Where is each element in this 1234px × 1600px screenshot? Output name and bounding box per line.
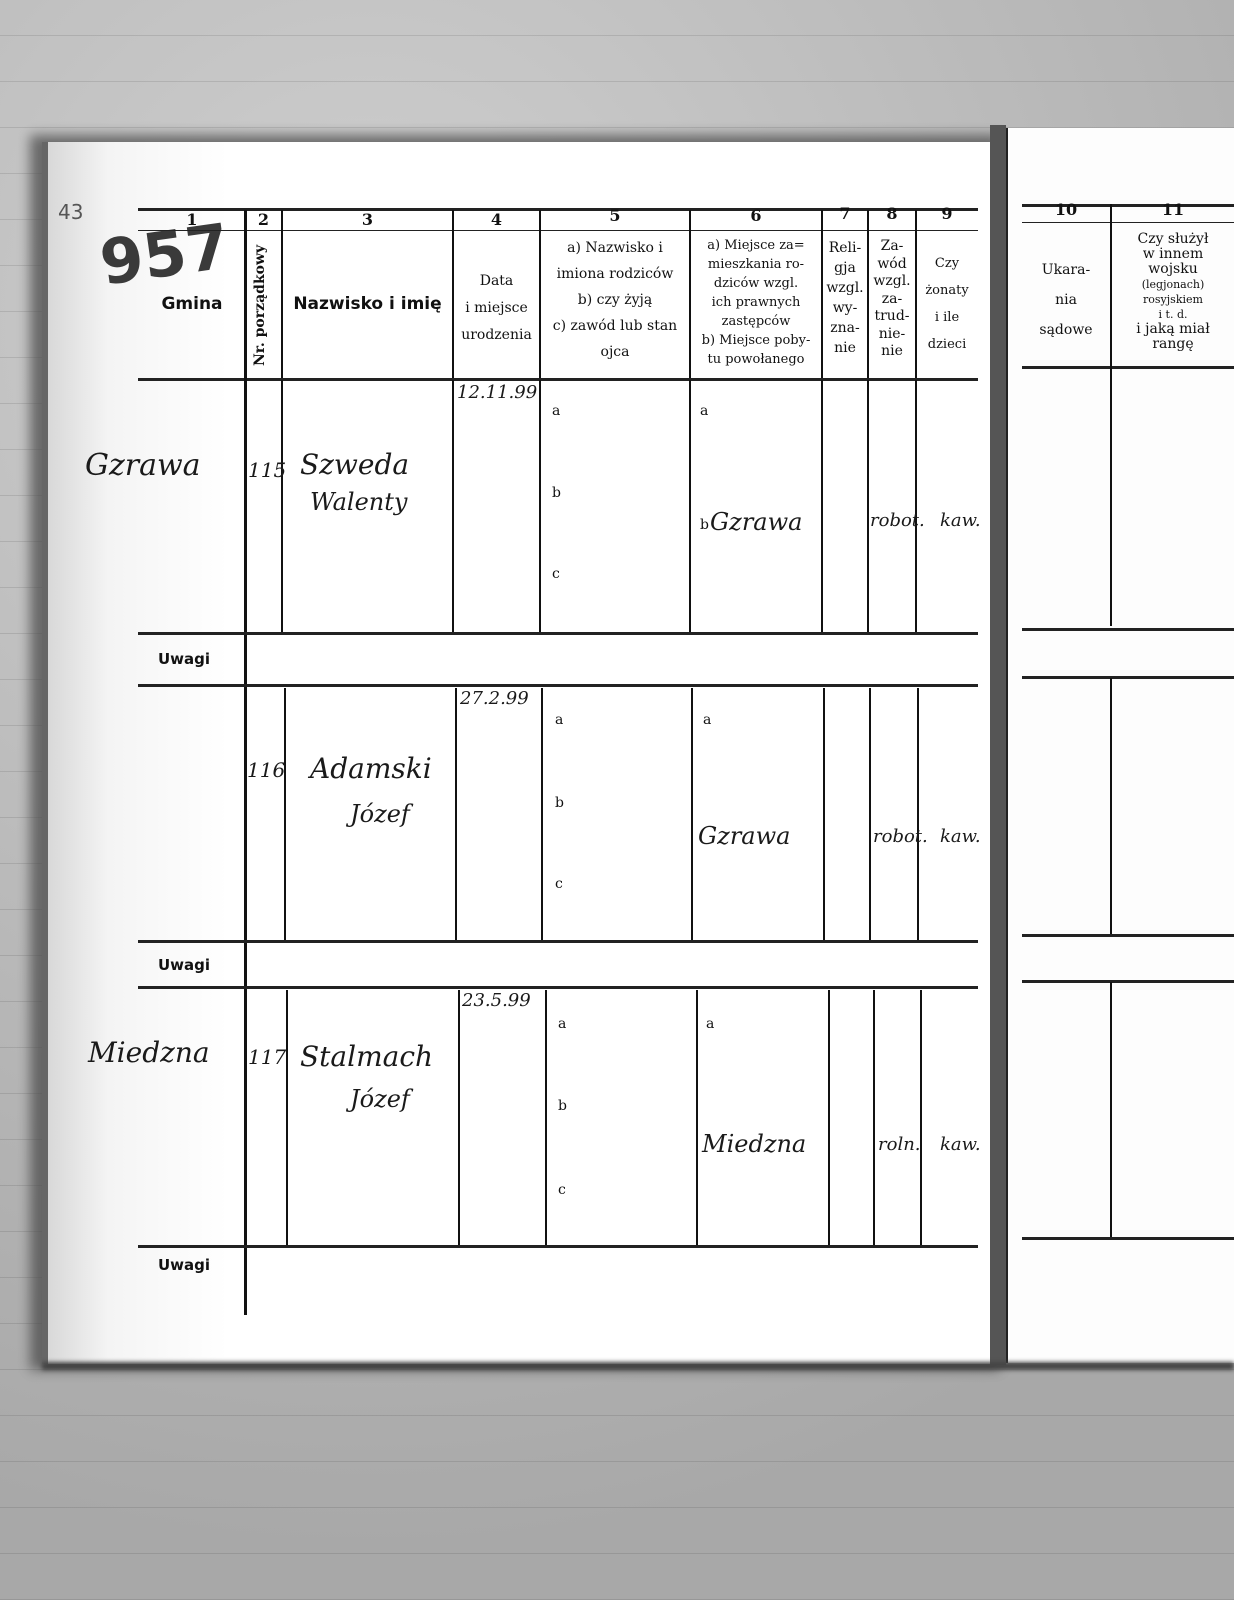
- sub-label-c: c: [555, 876, 563, 892]
- column-number: 11: [1112, 200, 1234, 219]
- sub-label-a: a: [555, 712, 563, 728]
- entry-occupation: roln.: [878, 1134, 921, 1155]
- entry-residence: Gzrawa: [698, 822, 790, 850]
- remarks-bottom-rule: [138, 986, 978, 989]
- col-divider-2-3-header: [281, 210, 283, 378]
- column-number: 8: [869, 204, 915, 223]
- right-col-divider: [1110, 678, 1112, 934]
- header-gmina: Gmina: [140, 296, 244, 313]
- entry-occupation: robot.: [870, 510, 925, 531]
- header-data-urodzenia: Data i miejsce urodzenia: [454, 268, 539, 349]
- entry-birth-date: 12.11.99: [457, 382, 537, 403]
- page-number-annotation: 43: [58, 200, 83, 224]
- right-row-rule: [1022, 980, 1234, 983]
- sub-label-b: b: [552, 485, 561, 501]
- entry-birth-date: 27.2.99: [460, 688, 529, 709]
- page-bottom-edge: [42, 1362, 1234, 1370]
- right-header-bottom-rule: [1022, 366, 1234, 369]
- sub-label-b: b: [700, 517, 709, 533]
- entry-gmina: Gzrawa: [85, 448, 201, 483]
- header-religja: Reli- gja wzgl. wy- zna- nie: [823, 238, 867, 358]
- entry-nr: 116: [247, 758, 285, 782]
- column-number: 4: [454, 210, 539, 229]
- sub-label-a: a: [552, 403, 560, 419]
- entry-occupation: robot.: [873, 826, 928, 847]
- header-zawod: Za- wód wzgl. za- trud- nie- nie: [869, 238, 915, 361]
- entry-residence: Gzrawa: [710, 508, 802, 536]
- entry-given-name: Józef: [350, 1085, 410, 1113]
- colnum-rule: [138, 230, 978, 231]
- sub-label-c: c: [558, 1182, 566, 1198]
- right-row-rule: [1022, 934, 1234, 937]
- remarks-label: Uwagi: [158, 650, 210, 668]
- header-nazwisko-imie: Nazwisko i imię: [283, 296, 452, 313]
- sub-label-c: c: [552, 566, 560, 582]
- right-colnum-rule: [1022, 222, 1234, 223]
- entry-residence: Miedzna: [702, 1130, 806, 1158]
- header-bottom-rule: [138, 378, 978, 381]
- column-number: 3: [283, 210, 452, 229]
- sub-label-a: a: [558, 1016, 566, 1032]
- header-sluzba-wojskowa: Czy służył w innem wojsku (legjonach) ro…: [1112, 232, 1234, 352]
- entry-nr: 117: [248, 1045, 286, 1069]
- column-number: 6: [691, 206, 821, 225]
- right-row-rule: [1022, 628, 1234, 631]
- entry-marital: kaw.: [940, 1134, 981, 1155]
- header-rodzice: a) Nazwisko i imiona rodziców b) czy żyj…: [541, 235, 689, 365]
- sub-label-b: b: [555, 795, 564, 811]
- sub-label-a: a: [700, 403, 708, 419]
- column-number: 10: [1022, 200, 1110, 219]
- header-ukarania-sadowe: Ukara- nia sądowe: [1022, 255, 1110, 345]
- column-number: 2: [246, 210, 281, 229]
- sub-label-a: a: [703, 712, 711, 728]
- entry-gmina: Miedzna: [88, 1036, 210, 1069]
- entry-surname: Szweda: [300, 448, 409, 481]
- entry-marital: kaw.: [940, 826, 981, 847]
- column-number: 7: [823, 204, 867, 223]
- entry-birth-date: 23.5.99: [462, 990, 531, 1011]
- right-row-rule: [1022, 1237, 1234, 1240]
- entry-given-name: Józef: [350, 800, 410, 828]
- book-spine: [990, 125, 1006, 1365]
- header-zonaty: Czy żonaty i ile dzieci: [917, 250, 977, 358]
- entry-marital: kaw.: [940, 510, 981, 531]
- entry-nr: 115: [248, 458, 286, 482]
- entry-surname: Stalmach: [300, 1040, 433, 1073]
- entry-surname: Adamski: [310, 752, 432, 785]
- right-row-rule: [1022, 676, 1234, 679]
- remarks-label: Uwagi: [158, 956, 210, 974]
- sub-label-a: a: [706, 1016, 714, 1032]
- remarks-label: Uwagi: [158, 1256, 210, 1274]
- entry-given-name: Walenty: [310, 488, 407, 516]
- column-number: 9: [917, 204, 977, 223]
- header-nr-porzadkowy: Nr. porządkowy: [252, 240, 268, 370]
- header-miejsce-zamieszkania: a) Miejsce za= mieszkania ro- dziców wzg…: [691, 236, 821, 369]
- remarks-bottom-rule: [138, 684, 978, 687]
- column-number: 1: [140, 210, 244, 229]
- column-number: 5: [541, 206, 689, 225]
- sub-label-b: b: [558, 1098, 567, 1114]
- right-col-divider: [1110, 982, 1112, 1237]
